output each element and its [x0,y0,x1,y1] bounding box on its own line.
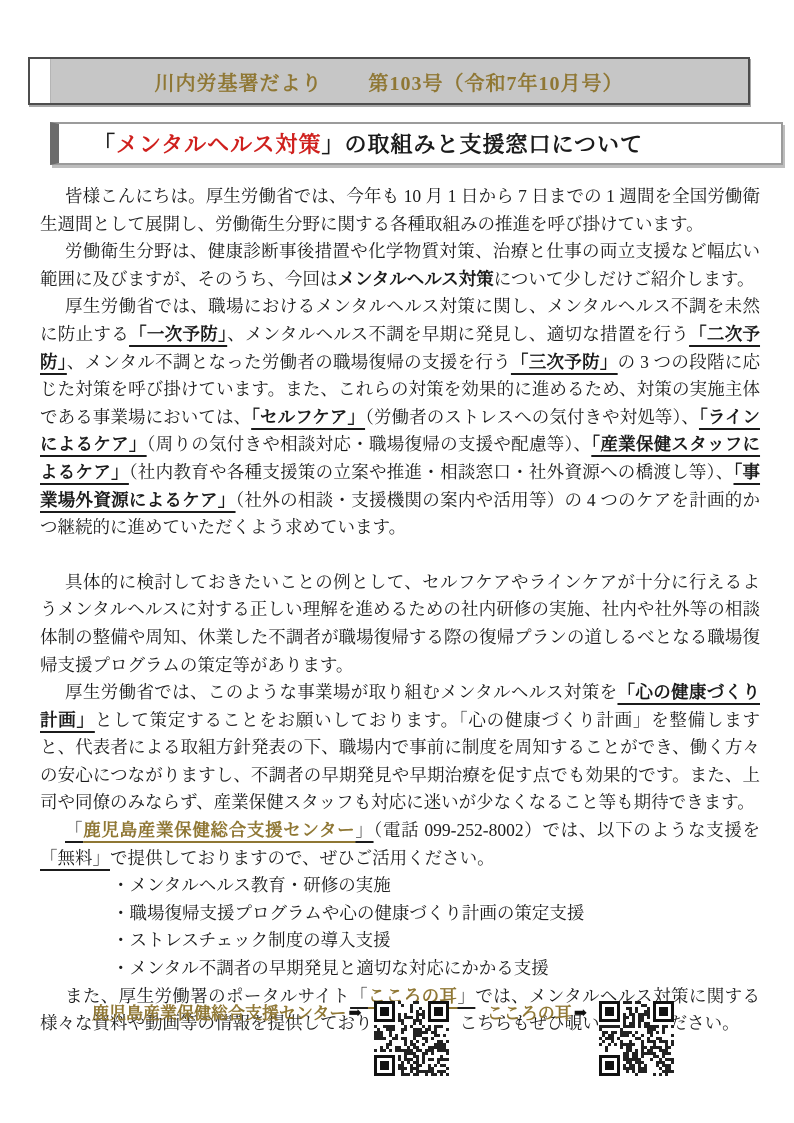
text-run: 厚生労働省では、このような事業場が取り組むメンタルヘルス対策を [65,682,617,702]
paragraph: 厚生労働省では、このような事業場が取り組むメンタルヘルス対策を「心の健康づくり計… [40,679,760,817]
text-run: 「 [65,820,83,840]
article-body: 皆様こんにちは。厚生労働省では、今年も 10 月 1 日から 7 日までの 1 … [40,183,760,1038]
paragraph: 皆様こんにちは。厚生労働省では、今年も 10 月 1 日から 7 日までの 1 … [40,183,760,238]
text-run: 「セルフケア」 [251,407,365,427]
issue-number: 第103号（令和7年10月号） [369,67,624,96]
qr-code-kokoro-no-mimi [599,1001,674,1076]
text-run: として策定することをお願いしております。「心の健康づくり計画」を整備しますと、代… [40,710,760,813]
text-run: で提供しておりますので、ぜひご活用ください。 [110,848,495,868]
text-run: ・メンタル不調者の早期発見と適切な対応にかかる支援 [112,958,549,978]
paragraph: 厚生労働省では、職場におけるメンタルヘルス対策に関し、メンタルヘルス不調を未然に… [40,293,760,541]
text-run: （周りの気付きや相談対応・職場復帰の支援や配慮等）、 [147,434,592,454]
text-run: 具体的に検討しておきたいことの例として、セルフケアやラインケアが十分に行えるよう… [40,572,760,675]
text-run: ・ストレスチェック制度の導入支援 [112,930,391,950]
headline-open-bracket: 「 [93,128,116,159]
arrow-right-icon: ➡ [572,1001,587,1026]
text-run: 「一次予防」 [129,324,227,344]
newsletter-page: 川内労基署だより 第103号（令和7年10月号） 「メンタルヘルス対策」の取組み… [0,0,794,1123]
text-run: 「無料」 [40,848,110,868]
paragraph: 具体的に検討しておきたいことの例として、セルフケアやラインケアが十分に行えるよう… [40,569,760,679]
text-run: （電話 099-252-8002）では、以下のような支援を [374,820,760,840]
text-run: ・職場復帰支援プログラムや心の健康づくり計画の策定支援 [112,903,584,923]
bullet-item: ・ストレスチェック制度の導入支援 [40,927,760,955]
qr-code-sanpo-center [374,1001,449,1076]
bullet-item: ・職場復帰支援プログラムや心の健康づくり計画の策定支援 [40,900,760,928]
text-run: メンタルヘルス対策 [338,269,494,289]
header-banner: 川内労基署だより 第103号（令和7年10月号） [28,57,750,105]
arrow-right-icon: ➡ [346,1001,361,1026]
text-run: （社内教育や各種支援策の立案や推進・相談窓口・社外資源への橋渡し等）、 [129,462,734,482]
newsletter-title: 川内労基署だより [155,67,323,96]
bullet-item: ・メンタル不調者の早期発見と適切な対応にかかる支援 [40,955,760,983]
text-run: について少しだけご紹介します。 [494,269,755,289]
text-run: 、メンタル不調となった労働者の職場復帰の支援を行う [67,352,511,372]
text-run: 」 [355,820,373,840]
paragraph: 労働衛生分野は、健康診断事後措置や化学物質対策、治療と仕事の両立支援など幅広い範… [40,238,760,293]
qr1-label: 鹿児島産業保健総合支援センター [92,1001,346,1026]
text-run: 皆様こんにちは。厚生労働省では、今年も 10 月 1 日から 7 日までの 1 … [40,186,760,234]
text-run: 鹿児島産業保健総合支援センター [83,820,355,840]
text-run: 、メンタルヘルス不調を早期に発見し、適切な措置を行う [227,324,689,344]
text-run: （労働者のストレスへの気付きや対処等）、 [365,407,699,427]
banner-left-tab [30,59,51,103]
text-run: ・メンタルヘルス教育・研修の実施 [112,875,391,895]
bullet-item: ・メンタルヘルス教育・研修の実施 [40,872,760,900]
text-run: 「三次予防」 [511,352,618,372]
qr-code-row: 鹿児島産業保健総合支援センター ➡ こころの耳 ➡ [92,1001,752,1076]
headline-rest: 」の取組みと支援窓口について [321,128,643,159]
headline-highlight: メンタルヘルス対策 [116,128,321,159]
qr2-label: こころの耳 [487,1001,572,1026]
article-headline-box: 「メンタルヘルス対策」の取組みと支援窓口について [50,122,783,165]
paragraph: 「鹿児島産業保健総合支援センター」（電話 099-252-8002）では、以下の… [40,817,760,872]
